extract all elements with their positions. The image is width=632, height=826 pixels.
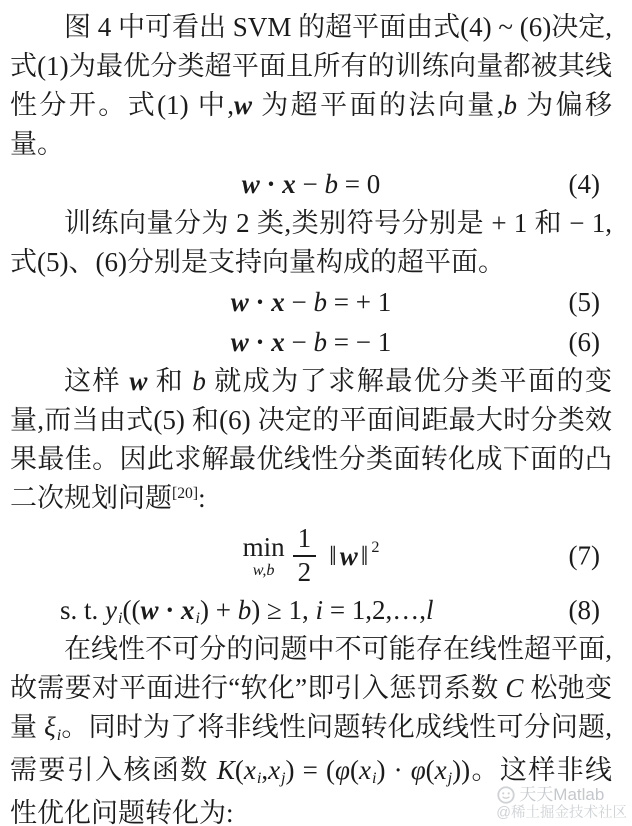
eq6-formula: w · x − b = − 1 (231, 327, 391, 357)
equation-number: (4) (569, 164, 600, 204)
equation-number: (8) (569, 590, 600, 630)
dot-paren: ) · (376, 755, 410, 785)
paren: )) (452, 755, 470, 785)
var-x: x (435, 755, 447, 785)
var-xi: ξ (44, 712, 56, 742)
text-run: 为超平面的法向量, (252, 90, 503, 120)
var-x: x (268, 755, 280, 785)
var-b: b (314, 327, 328, 357)
norm-bar-left: ‖ (326, 537, 340, 576)
var-C: C (505, 673, 523, 703)
min-label: min (243, 533, 285, 561)
var-b: b (314, 287, 328, 317)
subscript-i: i (372, 769, 377, 787)
subject-to-label: s. t. (60, 595, 105, 625)
paren: (( (123, 595, 141, 625)
paren: ( (350, 755, 359, 785)
var-x: x (359, 755, 371, 785)
dot-operator: · (159, 595, 182, 625)
watermark-subtitle: @稀土掘金技术社区 (496, 806, 627, 822)
equation-number: (6) (569, 322, 600, 362)
eq7-formula: minw,b12‖w‖2 (243, 524, 380, 587)
norm-bar-right: ‖ (358, 537, 372, 576)
equation-5: w · x − b = + 1(5) (10, 282, 612, 322)
var-x: x (282, 169, 296, 199)
equation-rhs: = 0 (338, 169, 380, 199)
text-run: 和 (147, 366, 192, 396)
index-range: = 1,2,…, (323, 595, 426, 625)
equation-8: s. t. yi((w · xi) + b) ≥ 1, i = 1,2,…,l(… (10, 590, 612, 630)
paren: ) + (200, 595, 238, 625)
var-w: w (340, 537, 358, 576)
paragraph-2: 训练向量分为 2 类,类别符号分别是 + 1 和 − 1,式(5)、(6)分别是… (10, 204, 612, 282)
var-w: w (129, 366, 147, 396)
var-x: x (271, 287, 285, 317)
subscript-j: j (448, 769, 453, 787)
equation-4: w · x − b = 0(4) (10, 164, 612, 204)
var-b: b (192, 366, 206, 396)
var-w: w (231, 287, 249, 317)
minus-operator: − (285, 327, 314, 357)
var-x: x (271, 327, 285, 357)
paren: ( (235, 755, 244, 785)
paren: ( (426, 755, 435, 785)
var-w: w (140, 595, 158, 625)
min-subscript: w,b (253, 562, 275, 579)
var-w: w (234, 90, 252, 120)
eq8-formula: s. t. yi((w · xi) + b) ≥ 1, i = 1,2,…,l (60, 595, 434, 625)
equation-rhs: = + 1 (327, 287, 391, 317)
var-phi: φ (335, 755, 350, 785)
var-y: y (105, 595, 117, 625)
constraint-text: ) ≥ 1, (251, 595, 315, 625)
var-w: w (242, 169, 260, 199)
minus-operator: − (296, 169, 325, 199)
var-b: b (238, 595, 252, 625)
equation-rhs: = − 1 (327, 327, 391, 357)
subscript-i: i (257, 769, 262, 787)
watermark-line1: 天天Matlab (496, 785, 627, 805)
var-l: l (426, 595, 434, 625)
minus-operator: − (285, 287, 314, 317)
paragraph-1: 图 4 中可看出 SVM 的超平面由式(4) ~ (6)决定,式(1)为最优分类… (10, 8, 612, 164)
equation-7: minw,b12‖w‖2(7) (10, 522, 612, 590)
exponent-2: 2 (371, 528, 379, 567)
min-operator: minw,b (243, 533, 285, 578)
var-x: x (244, 755, 256, 785)
text-run: 训练向量分为 2 类,类别符号分别是 + 1 和 − 1,式(5)、(6)分别是… (10, 208, 612, 277)
subscript-i: i (57, 726, 62, 744)
equation-number: (5) (569, 282, 600, 322)
equation-6: w · x − b = − 1(6) (10, 322, 612, 362)
text-run: : (198, 483, 206, 513)
equals-paren: ) = ( (286, 755, 335, 785)
watermark: 天天Matlab @稀土掘金技术社区 (496, 785, 627, 822)
var-i: i (316, 595, 324, 625)
eq4-formula: w · x − b = 0 (242, 169, 381, 199)
eq5-formula: w · x − b = + 1 (231, 287, 391, 317)
var-phi: φ (411, 755, 426, 785)
fraction-one-half: 12 (293, 524, 317, 587)
var-K: K (217, 755, 235, 785)
subscript-i: i (196, 609, 201, 627)
dot-operator: · (249, 287, 272, 317)
fraction-denominator: 2 (298, 557, 312, 588)
equation-number: (7) (569, 537, 600, 576)
var-b: b (325, 169, 339, 199)
fraction-numerator: 1 (293, 524, 317, 557)
subscript-j: j (281, 769, 286, 787)
var-x: x (181, 595, 195, 625)
watermark-title: 天天Matlab (519, 786, 604, 805)
text-run: 这样 (64, 366, 129, 396)
dot-operator: · (249, 327, 272, 357)
document-page: 图 4 中可看出 SVM 的超平面由式(4) ~ (6)决定,式(1)为最优分类… (0, 0, 632, 826)
subscript-i: i (118, 609, 123, 627)
var-w: w (231, 327, 249, 357)
smiley-logo-icon (496, 785, 516, 805)
var-b: b (503, 90, 517, 120)
paragraph-3: 这样 w 和 b 就成为了求解最优分类平面的变量,而当由式(5) 和(6) 决定… (10, 362, 612, 522)
citation-ref-20: [20] (172, 485, 198, 502)
dot-operator: · (260, 169, 283, 199)
